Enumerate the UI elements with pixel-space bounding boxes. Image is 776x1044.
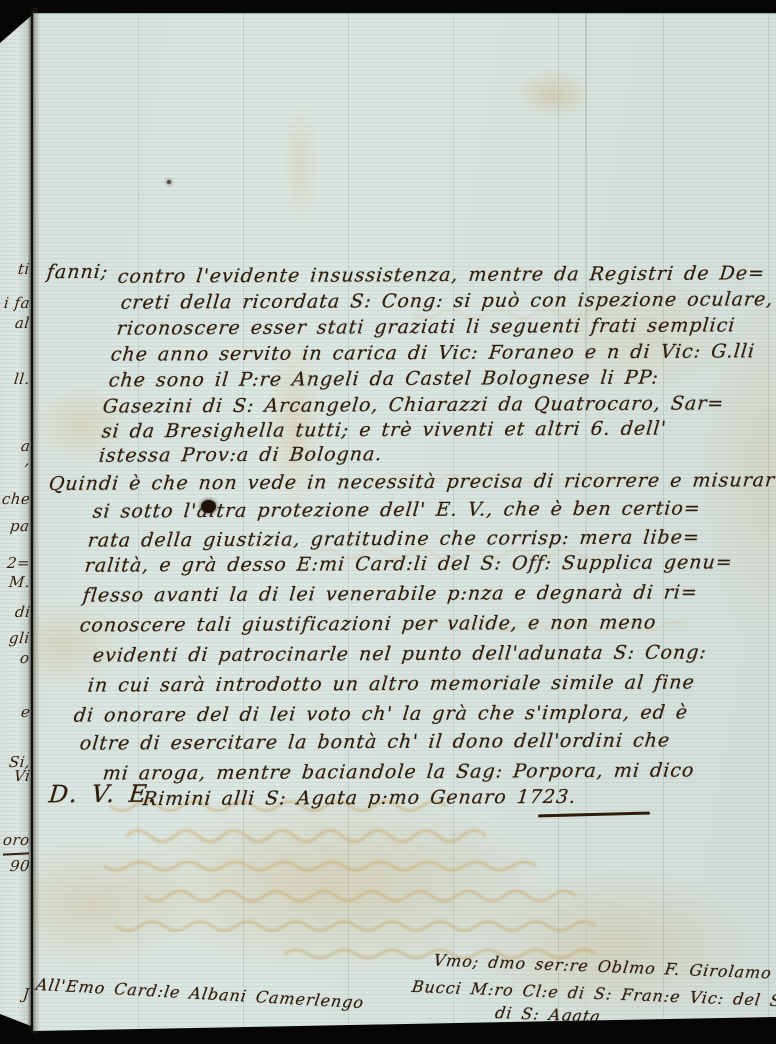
text-line: rata della giustizia, gratitudine che co… xyxy=(87,526,701,551)
page-fold-shadow xyxy=(28,8,40,1034)
text-line: creti della ricordata S: Cong: si può co… xyxy=(120,288,775,313)
text-line: si sotto l'altra protezione dell' E. V.,… xyxy=(92,497,702,522)
margin-catchword: fanni; xyxy=(46,261,110,283)
signature-line: di S: Agata xyxy=(494,1003,602,1026)
text-line: di onorare del di lei voto ch' la grà ch… xyxy=(73,701,690,726)
text-line: Quindi è che non vede in necessità preci… xyxy=(48,469,776,495)
text-line: istessa Prov:a di Bologna. xyxy=(98,443,384,466)
dateline: Rimini alli S: Agata p:mo Genaro 1723. xyxy=(142,786,578,810)
text-line: che sono il P:re Angeli da Castel Bologn… xyxy=(108,367,660,392)
text-line: Gasezini di S: Arcangelo, Chiarazzi da Q… xyxy=(102,392,726,417)
margin-fragment: che xyxy=(1,490,31,508)
ink-blot xyxy=(201,500,216,513)
text-line: mi aroga, mentre baciandole la Sag: Porp… xyxy=(102,759,696,784)
text-line: oltre di esercitare la bontà ch' il dono… xyxy=(79,729,672,754)
ink-speck xyxy=(167,180,171,184)
text-line: che anno servito in carica di Vic: Foran… xyxy=(110,340,756,365)
manuscript-scan: ti i fa al ll. a , che pa 2= M. di gli o… xyxy=(0,0,776,1044)
text-line: contro l'evidente insussistenza, mentre … xyxy=(117,262,766,287)
bleedthrough-ghost-writing xyxy=(33,14,776,1031)
text-line: conoscere tali giustificazioni per valid… xyxy=(79,611,658,636)
text-line: in cui sarà introdotto un altro memorial… xyxy=(87,671,696,696)
text-line: si da Bresighella tutti; e trè viventi e… xyxy=(101,418,668,443)
manuscript-page: fanni; contro l'evidente insussistenza, … xyxy=(33,13,776,1031)
margin-fragment: oro xyxy=(2,831,31,849)
neighbor-page-edge: ti i fa al ll. a , che pa 2= M. di gli o… xyxy=(0,13,31,1032)
text-line: evidenti di patrocinarle nel punto dell'… xyxy=(92,641,708,666)
text-line: flesso avanti la di lei venerabile p:nza… xyxy=(82,581,699,606)
text-line: riconoscere esser stati graziati li segu… xyxy=(116,314,737,339)
text-line: ralità, e grà desso E:mi Card:li del S: … xyxy=(84,551,734,576)
margin-fragment: i fa xyxy=(3,294,31,312)
